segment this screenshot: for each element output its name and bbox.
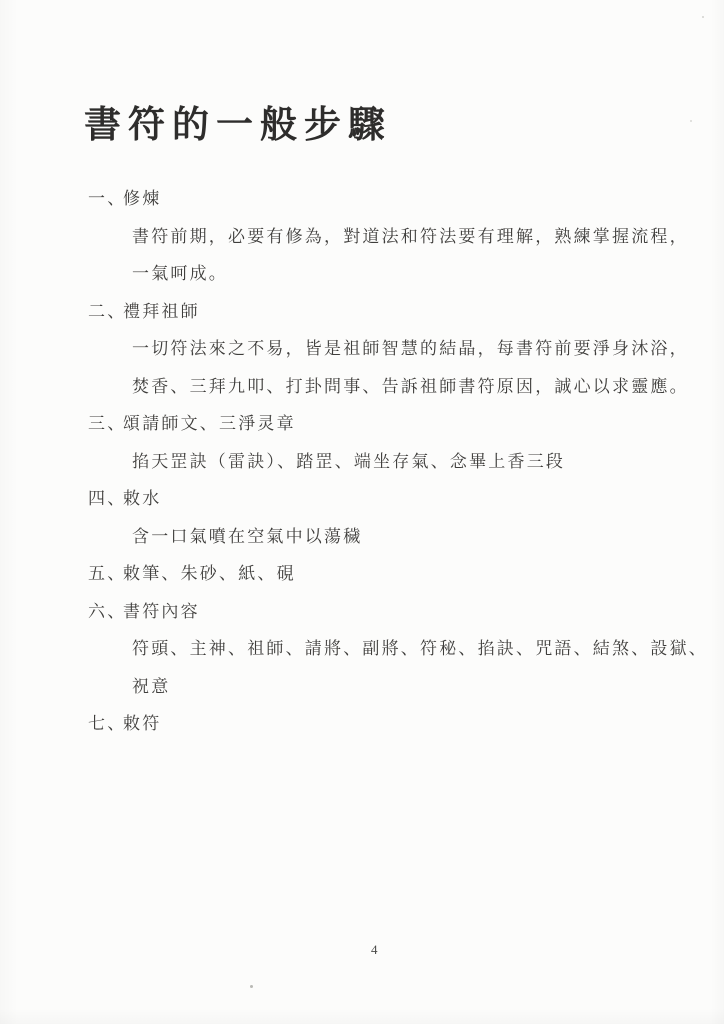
page-number: 4 <box>371 942 378 958</box>
section-heading-line: 七、 敕符 <box>88 703 694 741</box>
section-heading: 敕符 <box>123 709 161 734</box>
section-ordinal: 五、 <box>88 559 123 584</box>
section-heading: 禮拜祖師 <box>123 297 200 322</box>
section-body-line: 掐天罡訣（雷訣）、踏罡、端坐存氣、念畢上香三段 <box>88 441 694 479</box>
section-heading-line: 一、 修煉 <box>88 178 694 216</box>
section-heading: 敕筆、朱砂、紙、硯 <box>123 559 296 584</box>
section-heading-line: 六、 書符內容 <box>88 591 694 629</box>
section-list: 一、 修煉 書符前期，必要有修為，對道法和符法要有理解，熟練掌握流程，一氣呵成。… <box>88 178 694 741</box>
section-body-line: 一切符法來之不易，皆是祖師智慧的結晶，每書符前要淨身沐浴， <box>88 328 694 366</box>
section-heading: 頌請師文、三淨灵章 <box>123 409 296 434</box>
section-ordinal: 三、 <box>88 409 123 434</box>
section-heading: 敕水 <box>123 484 161 509</box>
section: 五、 敕筆、朱砂、紙、硯 <box>88 553 694 591</box>
section: 四、 敕水 含一口氣噴在空氣中以蕩穢 <box>88 478 694 553</box>
document-page: 書符的一般步驟 一、 修煉 書符前期，必要有修為，對道法和符法要有理解，熟練掌握… <box>0 0 724 1024</box>
scan-speck <box>702 16 704 18</box>
scan-speck <box>690 120 692 122</box>
section: 三、 頌請師文、三淨灵章 掐天罡訣（雷訣）、踏罡、端坐存氣、念畢上香三段 <box>88 403 694 478</box>
section-body-line: 書符前期，必要有修為，對道法和符法要有理解，熟練掌握流程， <box>88 216 694 254</box>
page-title: 書符的一般步驟 <box>84 94 392 148</box>
section-ordinal: 一、 <box>88 184 123 209</box>
section: 二、 禮拜祖師 一切符法來之不易，皆是祖師智慧的結晶，每書符前要淨身沐浴，焚香、… <box>88 291 694 404</box>
section: 六、 書符內容 符頭、主神、祖師、請將、副將、符秘、掐訣、咒語、結煞、設獄、祝意 <box>88 591 694 704</box>
section: 一、 修煉 書符前期，必要有修為，對道法和符法要有理解，熟練掌握流程，一氣呵成。 <box>88 178 694 291</box>
section-heading-line: 五、 敕筆、朱砂、紙、硯 <box>88 553 694 591</box>
section-heading-line: 四、 敕水 <box>88 478 694 516</box>
section-body-line: 一氣呵成。 <box>88 253 694 291</box>
section: 七、 敕符 <box>88 703 694 741</box>
section-heading: 修煉 <box>123 184 161 209</box>
scan-speck <box>250 985 253 988</box>
section-ordinal: 二、 <box>88 297 123 322</box>
section-ordinal: 四、 <box>88 484 123 509</box>
section-body-line: 含一口氣噴在空氣中以蕩穢 <box>88 516 694 554</box>
section-body-line: 祝意 <box>88 666 694 704</box>
section-body-line: 焚香、三拜九叩、打卦問事、告訴祖師書符原因，誠心以求靈應。 <box>88 366 694 404</box>
section-ordinal: 六、 <box>88 597 123 622</box>
section-heading-line: 二、 禮拜祖師 <box>88 291 694 329</box>
section-ordinal: 七、 <box>88 709 123 734</box>
section-body-line: 符頭、主神、祖師、請將、副將、符秘、掐訣、咒語、結煞、設獄、 <box>88 628 694 666</box>
section-heading-line: 三、 頌請師文、三淨灵章 <box>88 403 694 441</box>
section-heading: 書符內容 <box>123 597 200 622</box>
